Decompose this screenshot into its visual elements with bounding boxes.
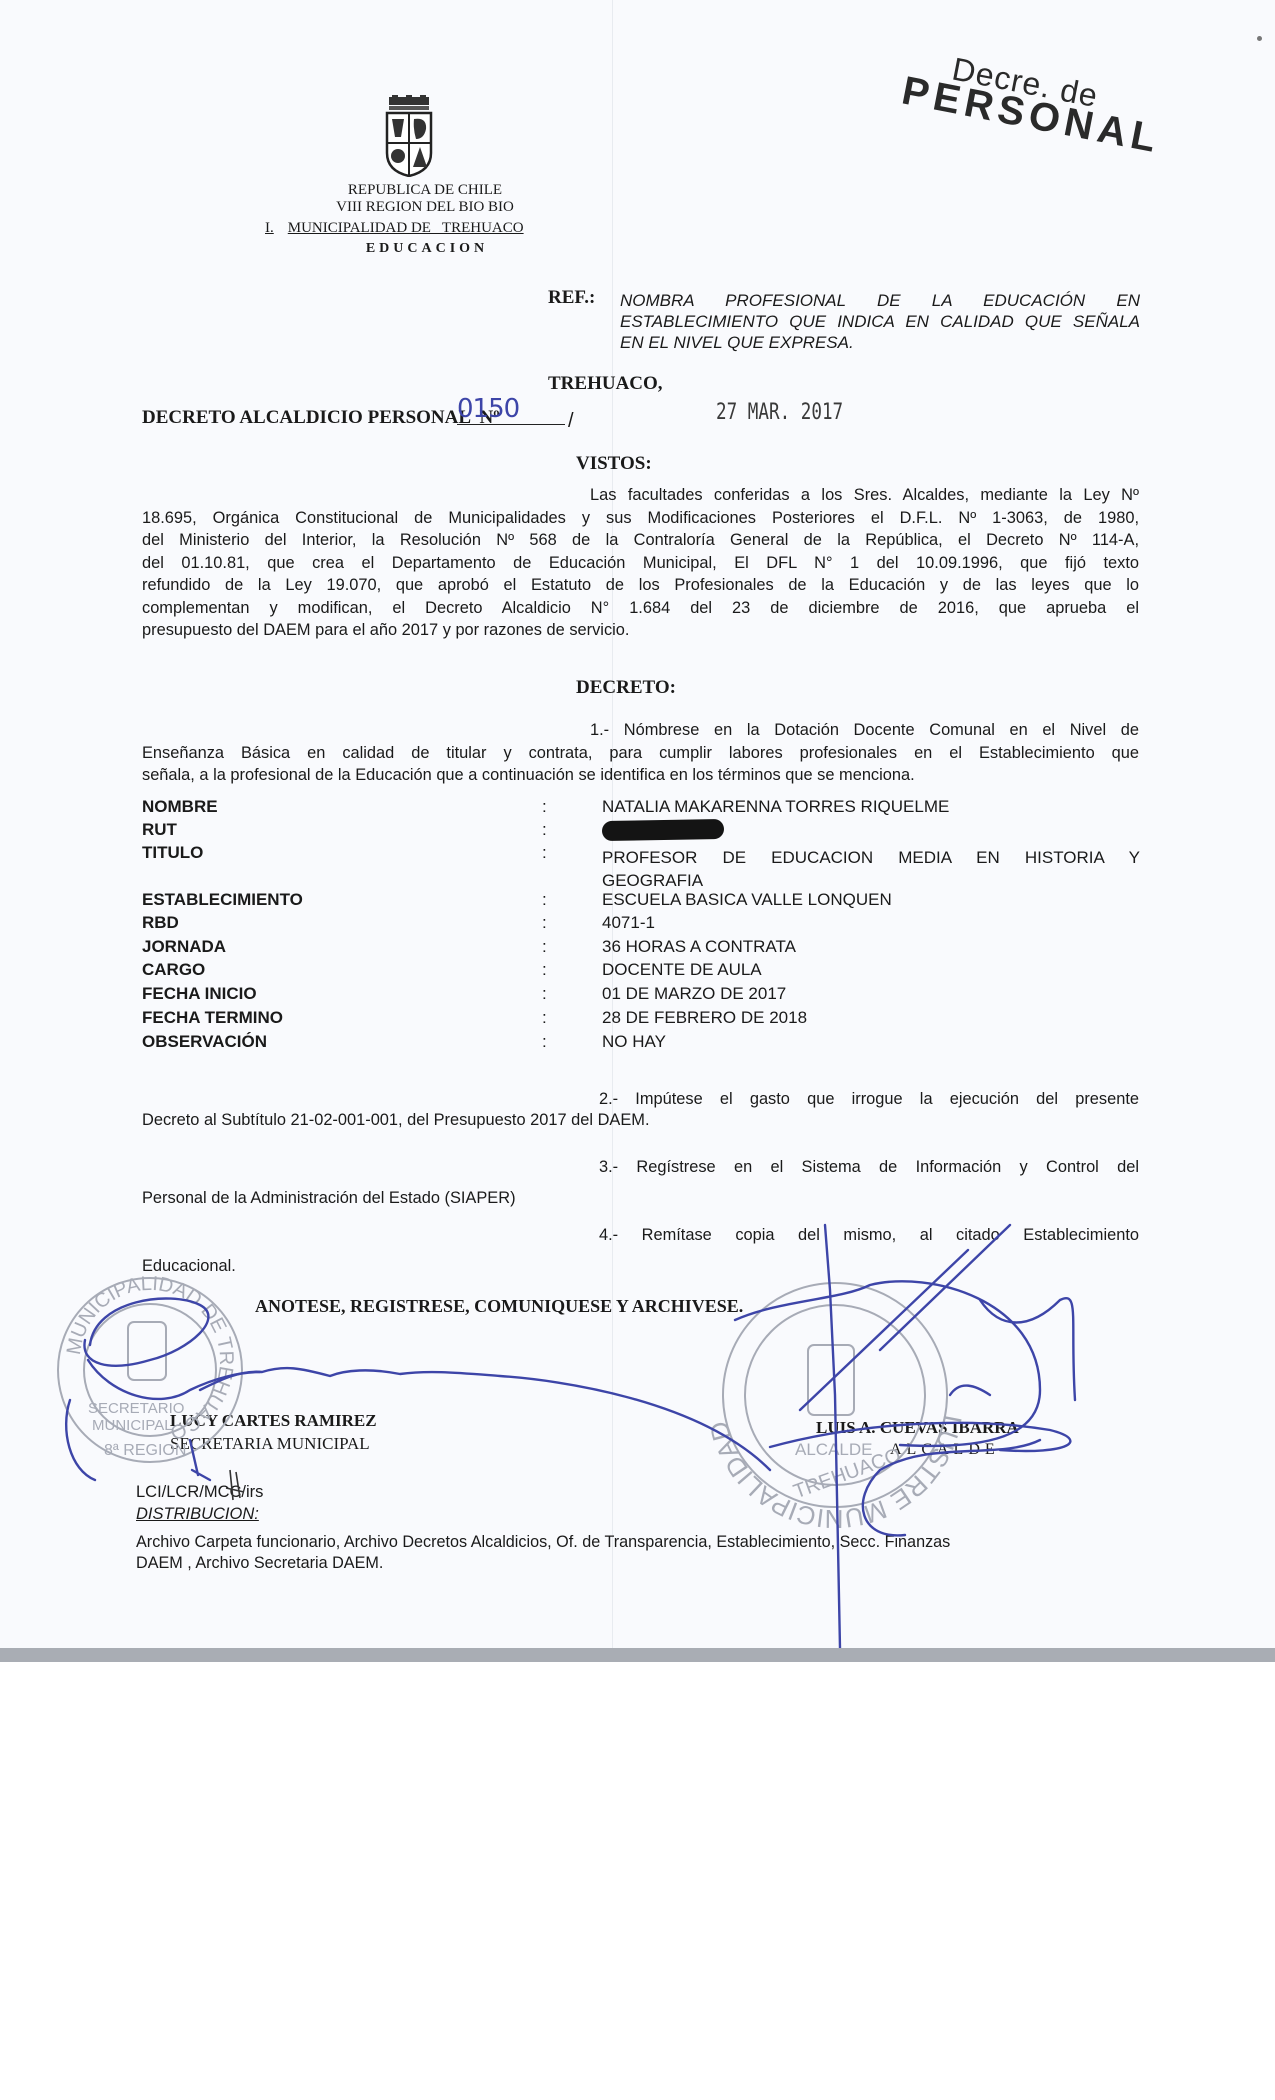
- letterhead-department: EDUCACION: [262, 241, 592, 257]
- decreto-item-2: 2.- Impútese el gasto que irrogue la eje…: [142, 1090, 1139, 1130]
- secretary-name: LUCY CARTES RAMIREZ: [170, 1411, 377, 1431]
- field-separator: :: [542, 984, 547, 1004]
- scan-speck: [1257, 36, 1262, 41]
- field-separator: :: [542, 913, 547, 933]
- reference-line: EN EL NIVEL QUE EXPRESA.: [620, 332, 1140, 353]
- decreto-item-1: 1.- Nómbrese en la Dotación Docente Comu…: [142, 719, 1139, 787]
- vistos-line: 18.695, Orgánica Constitucional de Munic…: [142, 507, 1139, 530]
- field-value: 36 HORAS A CONTRATA: [602, 937, 1142, 957]
- item-1-line: 1.- Nómbrese en la Dotación Docente Comu…: [142, 719, 1139, 742]
- decreto-item-3: 3.- Regístrese en el Sistema de Informac…: [142, 1158, 1139, 1208]
- vistos-line: presupuesto del DAEM para el año 2017 y …: [142, 619, 1139, 642]
- secretary-role: SECRETARIA MUNICIPAL: [170, 1434, 370, 1454]
- personal-stamp: Decre. de PERSONAL: [898, 42, 1169, 163]
- date-stamp: 27 MAR. 2017: [716, 400, 843, 425]
- field-value: 4071-1: [602, 913, 1142, 933]
- item-1-line: señala, a la profesional de la Educación…: [142, 764, 1139, 787]
- field-label: RBD: [142, 913, 442, 933]
- field-label: OBSERVACIÓN: [142, 1032, 442, 1052]
- field-label: TITULO: [142, 843, 442, 863]
- field-label: RUT: [142, 820, 442, 840]
- field-separator: :: [542, 890, 547, 910]
- reference-line: NOMBRA PROFESIONAL DE LA EDUCACIÓN EN: [620, 290, 1140, 311]
- field-separator: :: [542, 937, 547, 957]
- field-separator: :: [542, 820, 547, 840]
- vistos-line: del Ministerio del Interior, la Resoluci…: [142, 529, 1139, 552]
- reference-initials: LCI/LCR/MCC/irs: [136, 1483, 263, 1502]
- decree-number-slash: /: [568, 410, 574, 433]
- svg-text:TREHUACO: TREHUACO: [791, 1444, 904, 1503]
- decree-number-handwritten: 0150: [457, 394, 519, 424]
- decree-number-label: DECRETO ALCALDICIO PERSONAL Nº: [142, 407, 500, 429]
- closing-formula: ANOTESE, REGISTRESE, COMUNIQUESE Y ARCHI…: [255, 1296, 743, 1317]
- reference-label: REF.:: [548, 287, 595, 309]
- item-4-line-2: Educacional.: [142, 1257, 1139, 1276]
- vistos-line: del 01.10.81, que crea el Departamento d…: [142, 552, 1139, 575]
- letterhead-country: REPUBLICA DE CHILE: [250, 182, 600, 199]
- distribution-line: DAEM , Archivo Secretaria DAEM.: [136, 1553, 1136, 1574]
- redaction-mark: [602, 819, 724, 841]
- field-value: ESCUELA BASICA VALLE LONQUEN: [602, 890, 1142, 910]
- mayor-role: ALCALDE: [890, 1441, 1000, 1459]
- item-2-line-1: 2.- Impútese el gasto que irrogue la eje…: [142, 1090, 1139, 1109]
- field-separator: :: [542, 1008, 547, 1028]
- item-4-line-1: 4.- Remítase copia del mismo, al citado …: [142, 1226, 1139, 1245]
- field-label: ESTABLECIMIENTO: [142, 890, 442, 910]
- field-separator: :: [542, 797, 547, 817]
- coat-of-arms-icon: [383, 95, 435, 177]
- mayor-seal-icon: LUSTRE MUNICIPALIDAD ALCALDE TREHUACO: [703, 1283, 968, 1534]
- distribution-list: Archivo Carpeta funcionario, Archivo Dec…: [136, 1532, 1136, 1574]
- municipality-name: MUNICIPALIDAD DE TREHUACO: [288, 220, 524, 236]
- field-value: PROFESOR DE EDUCACION MEDIA EN HISTORIA …: [602, 846, 1140, 892]
- svg-text:MUNICIPAL: MUNICIPAL: [92, 1417, 173, 1434]
- field-separator: :: [542, 843, 547, 863]
- vistos-heading: VISTOS:: [576, 453, 652, 475]
- vistos-line: Las facultades conferidas a los Sres. Al…: [142, 484, 1139, 507]
- field-value: [602, 820, 1142, 845]
- municipality-prefix: I.: [265, 220, 274, 236]
- field-label: FECHA TERMINO: [142, 1008, 442, 1028]
- field-value: DOCENTE DE AULA: [602, 960, 1142, 980]
- field-value: NO HAY: [602, 1032, 1142, 1052]
- item-3-line-2: Personal de la Administración del Estado…: [142, 1189, 1139, 1208]
- field-label: CARGO: [142, 960, 442, 980]
- item-1-line: Enseñanza Básica en calidad de titular y…: [142, 742, 1139, 765]
- scan-bottom-edge: [0, 1648, 1275, 1662]
- item-2-line-2: Decreto al Subtítulo 21-02-001-001, del …: [142, 1111, 1139, 1130]
- field-value: 28 DE FEBRERO DE 2018: [602, 1008, 1142, 1028]
- field-label: JORNADA: [142, 937, 442, 957]
- field-label: NOMBRE: [142, 797, 442, 817]
- decreto-heading: DECRETO:: [576, 677, 676, 699]
- mayor-name: LUIS A. CUEVAS IBARRA: [816, 1418, 1019, 1438]
- place-label: TREHUACO,: [548, 373, 663, 395]
- letterhead-region: VIII REGION DEL BIO BIO: [250, 199, 600, 216]
- field-value: NATALIA MAKARENNA TORRES RIQUELME: [602, 797, 1142, 817]
- item-3-line-1: 3.- Regístrese en el Sistema de Informac…: [142, 1158, 1139, 1177]
- vistos-line: refundido de la Ley 19.070, que aprobó e…: [142, 574, 1139, 597]
- field-separator: :: [542, 960, 547, 980]
- vistos-line: complementan y modifican, el Decreto Alc…: [142, 597, 1139, 620]
- reference-line: ESTABLECIMIENTO QUE INDICA EN CALIDAD QU…: [620, 311, 1140, 332]
- svg-text:ALCALDE: ALCALDE: [795, 1440, 872, 1459]
- vistos-paragraph: Las facultades conferidas a los Sres. Al…: [142, 484, 1139, 642]
- field-separator: :: [542, 1032, 547, 1052]
- distribution-label: DISTRIBUCION:: [136, 1505, 259, 1524]
- distribution-line: Archivo Carpeta funcionario, Archivo Dec…: [136, 1532, 1136, 1553]
- field-value: 01 DE MARZO DE 2017: [602, 984, 1142, 1004]
- field-label: FECHA INICIO: [142, 984, 442, 1004]
- document-page: REPUBLICA DE CHILE VIII REGION DEL BIO B…: [0, 0, 1275, 1648]
- reference-text: NOMBRA PROFESIONAL DE LA EDUCACIÓN EN ES…: [620, 290, 1140, 353]
- decreto-item-4: 4.- Remítase copia del mismo, al citado …: [142, 1226, 1139, 1276]
- letterhead-municipality: I.MUNICIPALIDAD DE TREHUACO: [265, 220, 595, 237]
